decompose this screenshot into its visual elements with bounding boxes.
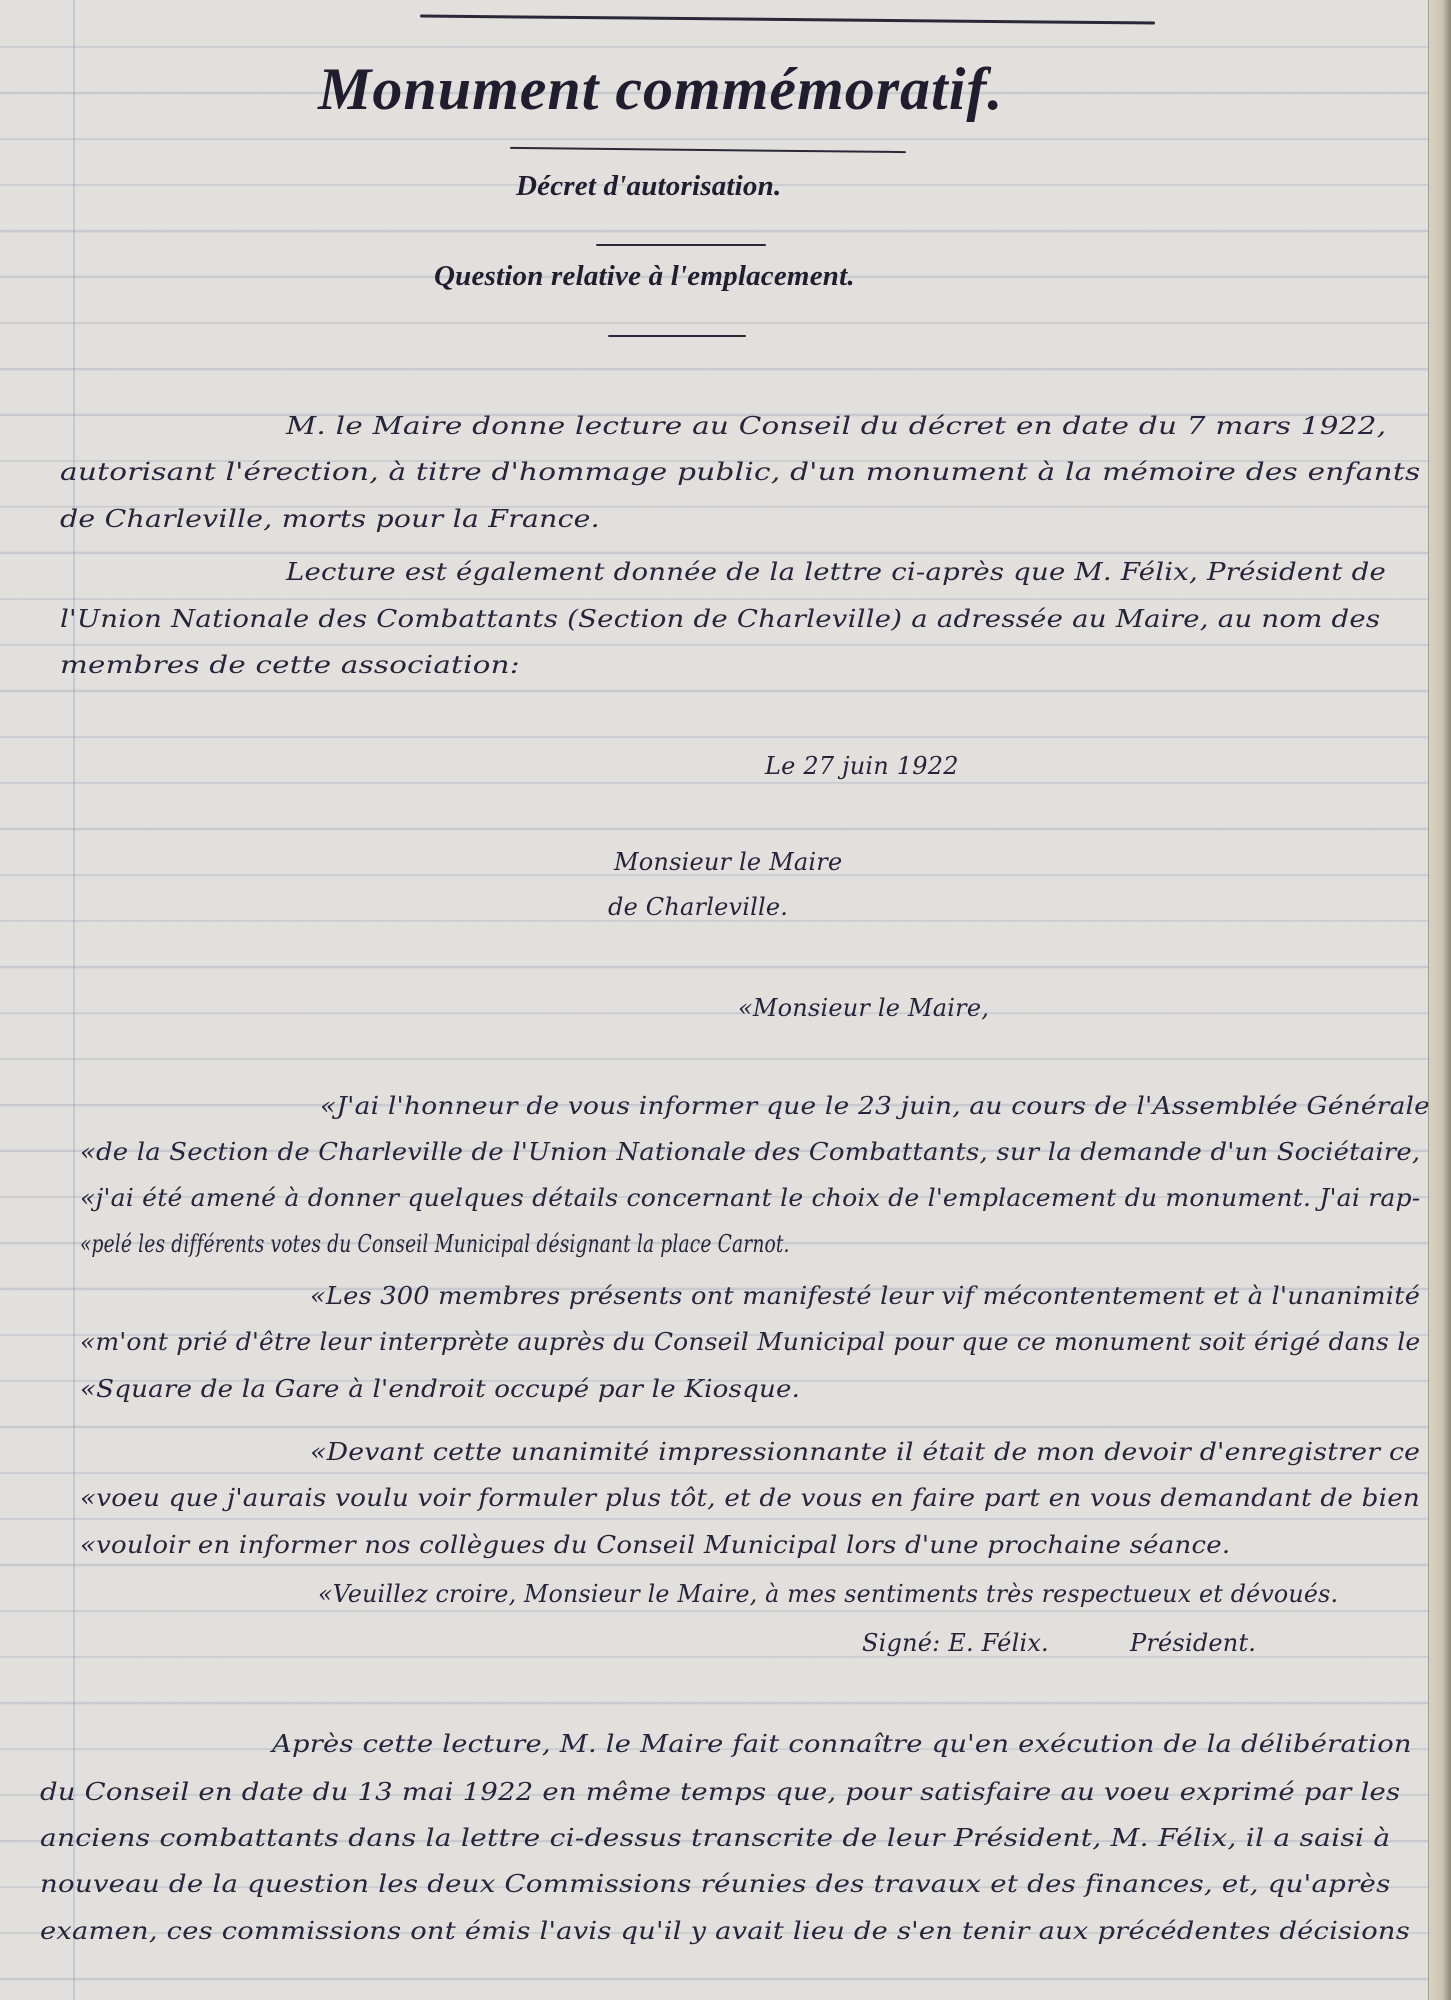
page-title: Monument commémoratif.	[318, 55, 1003, 124]
letter-date: Le 27 juin 1922	[765, 752, 959, 780]
letter-closing: «Veuillez croire, Monsieur le Maire, à m…	[318, 1580, 1338, 1608]
paragraph-3-line-5: examen, ces commissions ont émis l'avis …	[40, 1917, 1410, 1945]
subtitle-decree: Décret d'autorisation.	[516, 170, 781, 203]
paragraph-1-line-3: de Charleville, morts pour la France.	[60, 505, 600, 533]
subtitle-divider-rule-2	[608, 335, 746, 337]
paragraph-3-line-1: Après cette lecture, M. le Maire fait co…	[272, 1730, 1412, 1758]
paragraph-1-line-2: autorisant l'érection, à titre d'hommage…	[60, 458, 1420, 486]
paragraph-3-line-4: nouveau de la question les deux Commissi…	[40, 1870, 1390, 1898]
letter-paragraph-1-line-3: «j'ai été amené à donner quelques détail…	[80, 1184, 1420, 1212]
title-underline-rule	[510, 147, 906, 153]
letter-paragraph-2-line-1: «Les 300 membres présents ont manifesté …	[310, 1282, 1420, 1310]
letter-paragraph-3-line-1: «Devant cette unanimité impressionnante …	[310, 1438, 1420, 1466]
paragraph-2-line-3: membres de cette association:	[60, 651, 520, 679]
letter-paragraph-3-line-2: «voeu que j'aurais voulu voir formuler p…	[80, 1484, 1420, 1512]
paragraph-1-line-1: M. le Maire donne lecture au Conseil du …	[286, 412, 1386, 440]
letter-signature: Signé: E. Félix.	[862, 1629, 1049, 1657]
letter-paragraph-1-line-4: «pelé les différents votes du Conseil Mu…	[80, 1230, 790, 1258]
paragraph-3-line-3: anciens combattants dans la lettre ci-de…	[40, 1824, 1390, 1852]
paragraph-3-line-2: du Conseil en date du 13 mai 1922 en mêm…	[40, 1778, 1400, 1806]
letter-paragraph-1-line-2: «de la Section de Charleville de l'Union…	[80, 1138, 1420, 1166]
letter-addressee-line-1: Monsieur le Maire	[614, 848, 842, 876]
letter-paragraph-1-line-1: «J'ai l'honneur de vous informer que le …	[320, 1092, 1430, 1120]
letter-paragraph-2-line-3: «Square de la Gare à l'endroit occupé pa…	[80, 1375, 800, 1403]
letter-addressee-line-2: de Charleville.	[608, 893, 788, 921]
letter-salutation: «Monsieur le Maire,	[738, 994, 989, 1022]
letter-paragraph-3-line-3: «vouloir en informer nos collègues du Co…	[80, 1531, 1230, 1559]
subtitle-location-question: Question relative à l'emplacement.	[434, 260, 855, 293]
top-divider-rule	[420, 14, 1155, 24]
paragraph-2-line-2: l'Union Nationale des Combattants (Secti…	[60, 605, 1380, 633]
letter-signature-title: Président.	[1130, 1629, 1256, 1657]
subtitle-divider-rule-1	[596, 244, 766, 246]
register-page: Monument commémoratif. Décret d'autorisa…	[0, 0, 1451, 2000]
letter-paragraph-2-line-2: «m'ont prié d'être leur interprète auprè…	[80, 1328, 1420, 1356]
paragraph-2-line-1: Lecture est également donnée de la lettr…	[286, 558, 1386, 586]
